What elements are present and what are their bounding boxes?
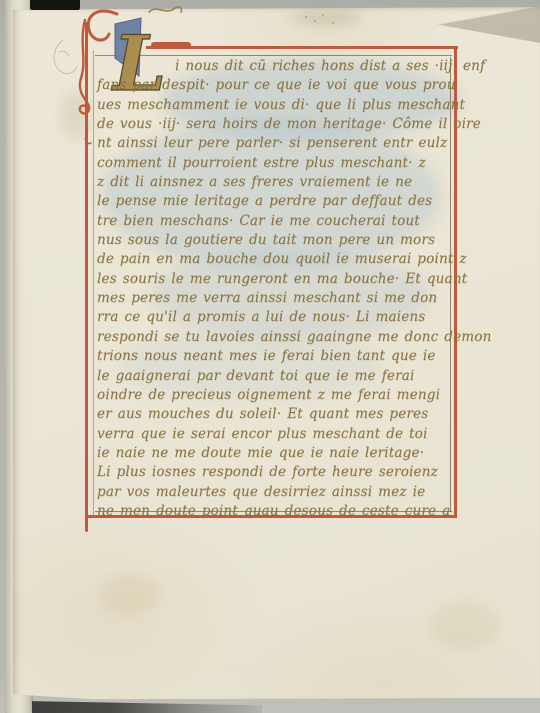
text-line: respondi se tu lavoies ainssi gaaingne m… [97,328,455,347]
text-line: fans par despit· pour ce que ie voi que … [97,76,455,95]
text-line: Li plus iosnes respondi de forte heure s… [97,463,455,482]
text-line: le pense mie leritage a perdre par deffa… [97,192,455,211]
text-block: i nous dit cū riches hons dist a ses ·ii… [97,57,455,521]
text-line: nus sous la goutiere du tait mon pere un… [97,231,455,250]
text-line: i nous dit cū riches hons dist a ses ·ii… [97,57,455,76]
text-line: verra que ie serai encor plus meschant d… [97,425,455,444]
text-line: nt ainssi leur pere parler· si penserent… [97,134,455,153]
ink-speck [314,20,316,22]
manuscript-scan: L i nous dit cū riches hons dist a ses ·… [0,0,540,713]
ink-speck [305,16,307,18]
text-line: par vos maleurtes que desirriez ainssi m… [97,483,455,502]
text-line: er aus mouches du soleil· Et quant mes p… [97,405,455,424]
text-line: de pain en ma bouche dou quoil ie musera… [97,250,455,269]
ink-speck [322,14,324,16]
text-line: oindre de precieus oignement z me ferai … [97,386,455,405]
text-line: ues meschamment ie vous di· que li plus … [97,96,455,115]
text-line: les souris le me rungeront en ma bouche·… [97,270,455,289]
text-line: comment il pourroient estre plus meschan… [97,154,455,173]
text-line: trions nous neant mes ie ferai bien tant… [97,347,455,366]
text-line: z dit li ainsnez a ses freres vraiement … [97,173,455,192]
text-line: tre bien meschans· Car ie me coucherai t… [97,212,455,231]
ink-speck [332,22,334,24]
text-line: ie naie ne me doute mie que ie naie leri… [97,444,455,463]
page-bottom-shadow [32,699,262,713]
text-line: mes peres me verra ainssi meschant si me… [97,289,455,308]
text-line: le gaaignerai par devant toi que ie me f… [97,367,455,386]
text-line: rra ce qu'il a promis a lui de nous· Li … [97,308,455,327]
text-line: de vous ·iij· sera hoirs de mon heritage… [97,115,455,134]
text-line: ne men doute point quau desous de ceste … [97,502,455,521]
